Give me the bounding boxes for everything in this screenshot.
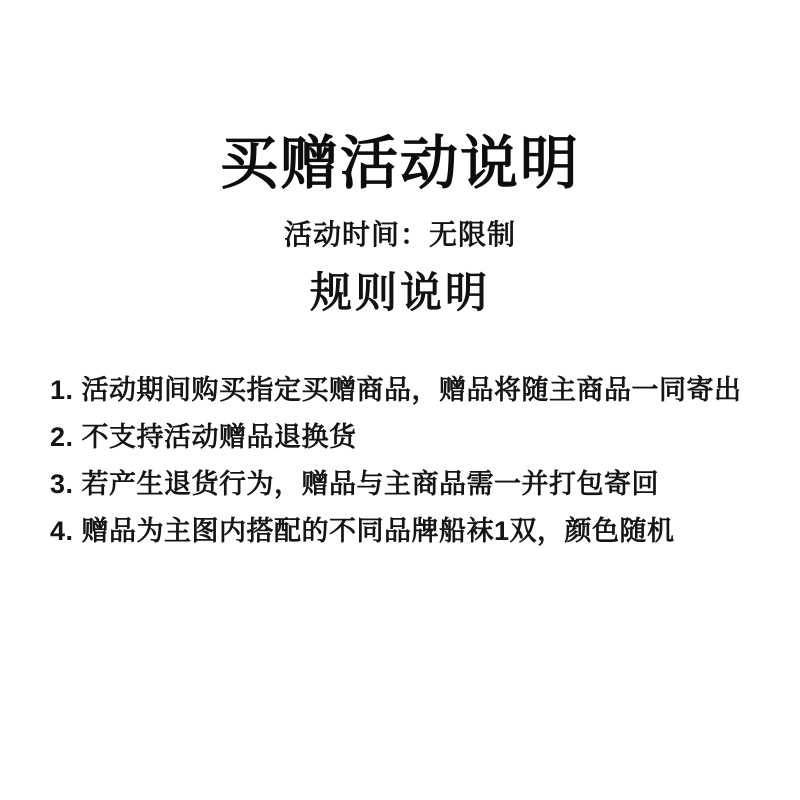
rule-item-1: 1. 活动期间购买指定买赠商品，赠品将随主商品一同寄出 [50,367,782,414]
rule-item-2: 2. 不支持活动赠品退换货 [50,414,782,461]
rules-heading: 规则说明 [0,267,800,320]
promo-notice-page: 买赠活动说明 活动时间：无限制 规则说明 1. 活动期间购买指定买赠商品，赠品将… [0,0,800,800]
rule-item-3: 3. 若产生退货行为，赠品与主商品需一并打包寄回 [50,461,782,508]
rules-list: 1. 活动期间购买指定买赠商品，赠品将随主商品一同寄出 2. 不支持活动赠品退换… [50,367,782,555]
page-title: 买赠活动说明 [0,0,800,201]
rule-item-4: 4. 赠品为主图内搭配的不同品牌船袜1双，颜色随机 [50,508,782,555]
activity-time-label: 活动时间：无限制 [0,217,800,253]
